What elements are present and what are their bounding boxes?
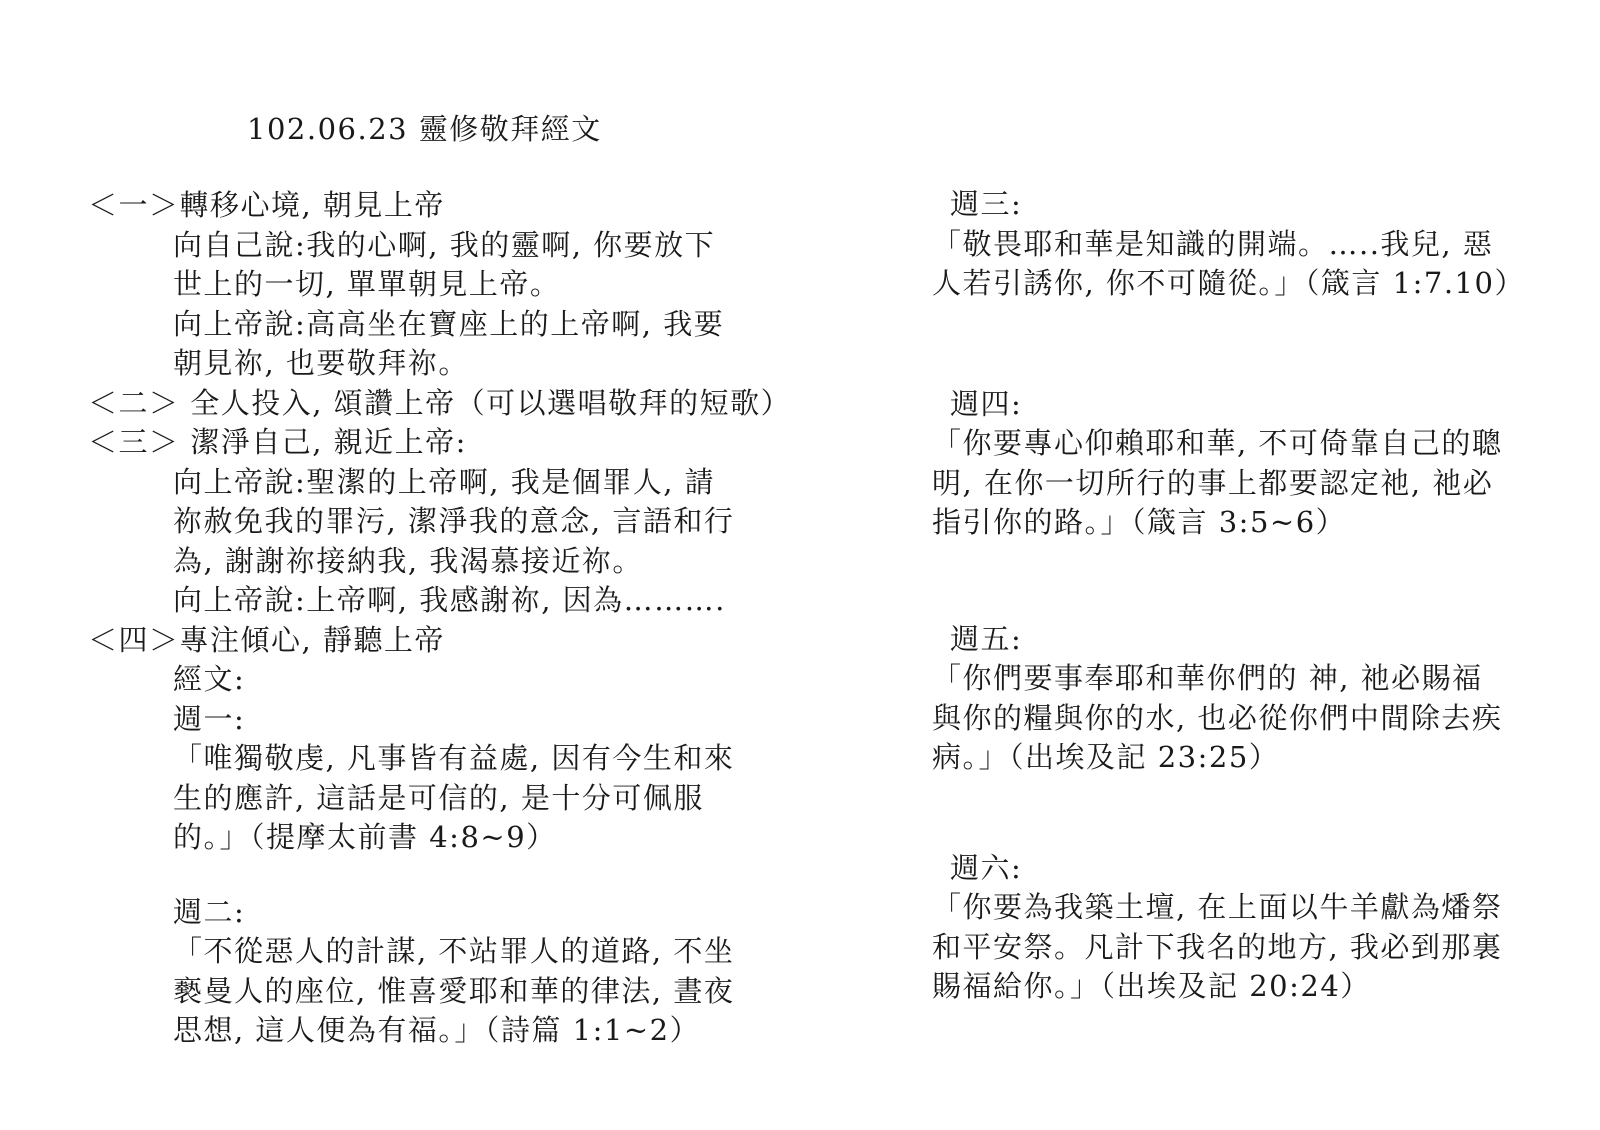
section-1-text-line: 朝見祢, 也要敬拜祢。 [173, 344, 828, 384]
week-3-verse-line: 人若引誘你, 你不可隨從。」（箴言 1:7.10） [932, 264, 1542, 304]
section-1-text-line: 向自己說:我的心啊, 我的靈啊, 你要放下 [173, 226, 828, 266]
section-3-text-line: 向上帝說:上帝啊, 我感謝祢, 因為………. [173, 581, 828, 621]
week-3-block: 週三: 「敬畏耶和華是知識的開端。…..我兒, 惡 人若引誘你, 你不可隨從。」… [932, 185, 1542, 304]
section-3-text-line: 祢赦免我的罪污, 潔淨我的意念, 言語和行 [173, 502, 828, 542]
week-1-verse-line: 生的應許, 這話是可信的, 是十分可佩服 [173, 779, 828, 819]
week-6-heading: 週六: [950, 849, 1542, 889]
section-4-heading: ＜四＞專注傾心, 靜聽上帝 [88, 621, 828, 661]
document-title: 102.06.23 靈修敬拜經文 [247, 110, 602, 150]
week-3-verse-line: 「敬畏耶和華是知識的開端。…..我兒, 惡 [932, 225, 1542, 265]
scripture-label: 經文: [173, 660, 828, 700]
week-4-block: 週四: 「你要專心仰賴耶和華, 不可倚靠自己的聰 明, 在你一切所行的事上都要認… [932, 385, 1542, 543]
section-1-heading: ＜一＞轉移心境, 朝見上帝 [88, 186, 828, 226]
week-5-block: 週五: 「你們要事奉耶和華你們的 神, 祂必賜福 與你的糧與你的水, 也必從你們… [932, 620, 1542, 778]
week-1-heading: 週一: [173, 700, 828, 740]
week-3-heading: 週三: [950, 185, 1542, 225]
right-column: 週三: 「敬畏耶和華是知識的開端。…..我兒, 惡 人若引誘你, 你不可隨從。」… [932, 185, 1542, 1007]
week-2-verse-line: 思想, 這人便為有福。」（詩篇 1:1~2） [173, 1011, 828, 1051]
week-5-verse-line: 病。」（出埃及記 23:25） [932, 738, 1542, 778]
week-6-verse-line: 「你要為我築土壇, 在上面以牛羊獻為燔祭 [932, 888, 1542, 928]
week-1-verse-line: 「唯獨敬虔, 凡事皆有益處, 因有今生和來 [173, 739, 828, 779]
section-1-text-line: 世上的一切, 單單朝見上帝。 [173, 265, 828, 305]
week-6-verse-line: 和平安祭。凡計下我名的地方, 我必到那裏 [932, 928, 1542, 968]
section-3-heading: ＜三＞ 潔淨自己, 親近上帝: [88, 423, 828, 463]
week-4-verse-line: 「你要專心仰賴耶和華, 不可倚靠自己的聰 [932, 424, 1542, 464]
week-2-verse-line: 褻曼人的座位, 惟喜愛耶和華的律法, 晝夜 [173, 972, 828, 1012]
week-4-heading: 週四: [950, 385, 1542, 425]
week-4-verse-line: 指引你的路。」（箴言 3:5~6） [932, 503, 1542, 543]
week-2-verse-line: 「不從惡人的計謀, 不站罪人的道路, 不坐 [173, 932, 828, 972]
section-3-text-line: 向上帝說:聖潔的上帝啊, 我是個罪人, 請 [173, 463, 828, 503]
week-2-heading: 週二: [173, 893, 828, 933]
week-5-heading: 週五: [950, 620, 1542, 660]
week-5-verse-line: 「你們要事奉耶和華你們的 神, 祂必賜福 [932, 659, 1542, 699]
week-5-verse-line: 與你的糧與你的水, 也必從你們中間除去疾 [932, 699, 1542, 739]
week-1-verse-line: 的。」（提摩太前書 4:8~9） [173, 818, 828, 858]
week-6-block: 週六: 「你要為我築土壇, 在上面以牛羊獻為燔祭 和平安祭。凡計下我名的地方, … [932, 849, 1542, 1007]
section-2-heading: ＜二＞ 全人投入, 頌讚上帝（可以選唱敬拜的短歌） [88, 384, 828, 424]
left-column: ＜一＞轉移心境, 朝見上帝 向自己說:我的心啊, 我的靈啊, 你要放下 世上的一… [88, 186, 828, 1051]
week-6-verse-line: 賜福給你。」（出埃及記 20:24） [932, 967, 1542, 1007]
section-1-text-line: 向上帝說:高高坐在寶座上的上帝啊, 我要 [173, 305, 828, 345]
section-3-text-line: 為, 謝謝祢接納我, 我渴慕接近祢。 [173, 542, 828, 582]
week-4-verse-line: 明, 在你一切所行的事上都要認定祂, 祂必 [932, 464, 1542, 504]
